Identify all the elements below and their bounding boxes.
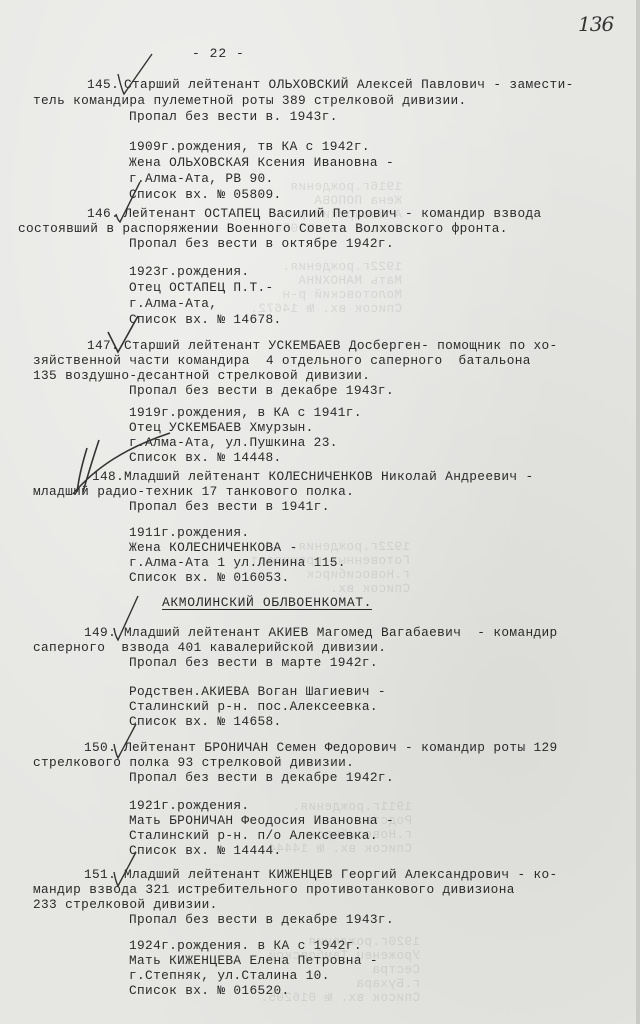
entry-detail: г.Алма-Ата, xyxy=(129,296,217,311)
entry-detail: г.Степняк, ул.Сталина 10. xyxy=(129,968,330,983)
document-page: 1916г.рождения Жена ПОПОВА Атбасарский р… xyxy=(0,0,640,1024)
entry-text-line: состоявший в распоряжении Военного Совет… xyxy=(18,221,508,236)
page-edge xyxy=(636,0,640,1024)
entry-detail: Список вх. № 016520. xyxy=(129,983,290,998)
pen-stroke-mark xyxy=(65,428,175,498)
entry-status: Пропал без вести в 1941г. xyxy=(129,499,330,514)
entry-text-line: тель командира пулеметной роты 389 стрел… xyxy=(33,93,467,108)
entry-detail: Мать БРОНИЧАН Феодосия Ивановна - xyxy=(129,813,394,828)
entry-detail: Жена ОЛЬХОВСКАЯ Ксения Ивановна - xyxy=(129,155,394,170)
entry-detail: 1909г.рождения, тв КА с 1942г. xyxy=(129,139,370,154)
entry-text-line: саперного взвода 401 кавалерийской дивиз… xyxy=(33,640,386,655)
entry-text-line: 233 стрелковой дивизии. xyxy=(33,897,218,912)
entry-detail: Жена КОЛЕСНИЧЕНКОВА - xyxy=(129,540,298,555)
entry-detail: г.Алма-Ата 1 ул.Ленина 115. xyxy=(129,555,346,570)
entry-text-line: Лейтенант БРОНИЧАН Семен Федорович - ком… xyxy=(124,740,558,755)
entry-text-line: стрелкового полка 93 стрелковой дивизии. xyxy=(33,755,354,770)
entry-status: Пропал без вести в. 1943г. xyxy=(129,109,338,124)
handwritten-sheet-number: 136 xyxy=(578,12,613,36)
entry-detail: Сталинский р-н. п/о Алексеевка. xyxy=(129,828,378,843)
entry-detail: Мать КИЖЕНЦЕВА Елена Петровна - xyxy=(129,953,378,968)
entry-detail: Отец ОСТАПЕЦ П.Т.- xyxy=(129,280,274,295)
entry-text-line: Младший лейтенант КОЛЕСНИЧЕНКОВ Николай … xyxy=(124,469,534,484)
entry-status: Пропал без вести в марте 1942г. xyxy=(129,655,378,670)
checkmark-icon xyxy=(112,52,162,102)
entry-status: Пропал без вести в декабре 1942г. xyxy=(129,770,394,785)
entry-text-line: Старший лейтенант УСКЕМБАЕВ Досберген- п… xyxy=(124,338,558,353)
entry-text-line: Младший лейтенант АКИЕВ Магомед Вагабаев… xyxy=(124,625,558,640)
entry-status: Пропал без вести в октябре 1942г. xyxy=(129,236,394,251)
checkmark-icon xyxy=(108,722,144,762)
checkmark-icon xyxy=(108,850,144,890)
entry-text-line: 135 воздушно-десантной стрелковой дивизи… xyxy=(33,368,370,383)
entry-detail: 1911г.рождения. xyxy=(129,525,249,540)
checkmark-icon xyxy=(112,180,152,225)
checkmark-icon xyxy=(104,312,144,357)
entry-text-line: Старший лейтенант ОЛЬХОВСКИЙ Алексей Пав… xyxy=(124,77,574,92)
entry-text-line: Младший лейтенант КИЖЕНЦЕВ Георгий Алекс… xyxy=(124,867,558,882)
page-number: - 22 - xyxy=(192,46,245,61)
entry-detail: Родствен.АКИЕВА Воган Шагиевич - xyxy=(129,684,386,699)
entry-text-line: мандир взвода 321 истребительного против… xyxy=(33,882,515,897)
checkmark-icon xyxy=(108,592,144,642)
entry-detail: Сталинский р-н. пос.Алексеевка. xyxy=(129,699,378,714)
entry-detail: 1924г.рождения. в КА с 1942г. xyxy=(129,938,362,953)
entry-status: Пропал без вести в декабре 1943г. xyxy=(129,912,394,927)
entry-detail: Список вх. № 14658. xyxy=(129,714,282,729)
entry-status: Пропал без вести в декабре 1943г. xyxy=(129,383,394,398)
entry-detail: 1923г.рождения. xyxy=(129,264,249,279)
entry-detail: Список вх. № 14678. xyxy=(129,312,282,327)
entry-detail: 1921г.рождения. xyxy=(129,798,249,813)
entry-text-line: Лейтенант ОСТАПЕЦ Василий Петрович - ком… xyxy=(124,206,542,221)
entry-detail: Список вх. № 016053. xyxy=(129,570,290,585)
entry-detail: Список вх. № 14444. xyxy=(129,843,282,858)
section-heading: АКМОЛИНСКИЙ ОБЛВОЕНКОМАТ. xyxy=(162,595,372,610)
entry-detail: 1919г.рождения, в КА с 1941г. xyxy=(129,405,362,420)
